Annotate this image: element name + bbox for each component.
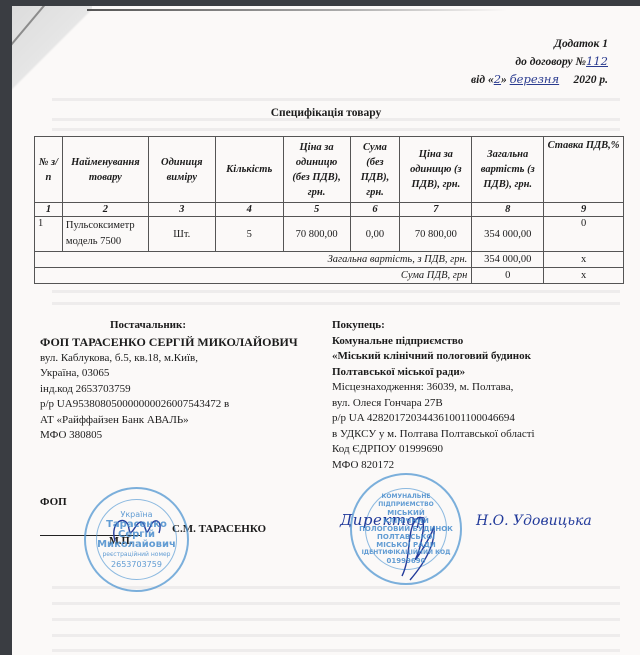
supplier-address: вул. Каблукова, б.5, кв.18, м.Київ, [40,351,330,367]
stamp-text: КОМУНАЛЬНЕ ПІДПРИЄМСТВО МІСЬКИЙ КЛІНІЧНИ… [359,493,453,565]
buyer-address: Місцезнаходження: 36039, м. Полтава, [332,380,632,396]
total-rate: х [544,252,624,268]
supplier-country: Україна, 03065 [40,366,330,382]
stamp-line: Миколайович [97,540,176,550]
page-title: Специфікація товару [12,107,640,119]
column-number: 1 [35,203,63,217]
column-header: № з/п [35,137,63,203]
bleed-through-line [52,302,620,305]
vat-rate: 0 [544,217,624,252]
column-number-row: 1 2 3 4 5 6 7 8 9 [35,203,624,217]
total-value: 354 000,00 [472,252,544,268]
buyer-mfo: МФО 820172 [332,458,632,474]
buyer-treasury: в УДКСУ у м. Полтава Полтавської області [332,427,632,443]
buyer-street: вул. Олеся Гончара 27В [332,396,632,412]
unit: Шт. [148,217,215,252]
supplier-signature-title: ФОП [40,496,67,508]
buyer-account: р/р UA 428201720344361001100046694 [332,411,632,427]
price-without-vat: 70 800,00 [283,217,350,252]
vat-sum-rate: х [544,268,624,284]
column-header: Загальна вартість (з ПДВ), грн. [472,137,544,203]
total-row: Загальна вартість, з ПДВ, грн. 354 000,0… [35,252,624,268]
buyer-heading: Покупець: [332,318,632,334]
column-number: 7 [400,203,472,217]
column-number: 6 [350,203,400,217]
bleed-through-line [52,290,620,293]
column-number: 5 [283,203,350,217]
bleed-through-line [52,98,620,101]
supplier-heading: Постачальник: [40,318,330,334]
vat-sum-row: Сума ПДВ, грн 0 х [35,268,624,284]
bleed-through-line [52,618,620,621]
vat-sum-label: Сума ПДВ, грн [35,268,472,284]
stamp-line: реєстраційний номер [97,550,176,560]
table-header-row: № з/п Найменування товару Одиниця виміру… [35,137,624,203]
column-number: 4 [215,203,283,217]
appendix-label: Додаток 1 [471,36,608,53]
page-top-edge-shadow [87,9,507,11]
column-header: Одиниця виміру [148,137,215,203]
stamp-line: КОМУНАЛЬНЕ [359,493,453,501]
scan-viewer-background: Додаток 1 до договору №112 від «2» берез… [0,0,640,655]
handwritten-director-name: Н.О. Удовицька [476,513,592,529]
document-page: Додаток 1 до договору №112 від «2» берез… [12,6,640,655]
buyer-edrpou: Код ЄДРПОУ 01999690 [332,442,632,458]
stamp-line: Тарасенко [97,520,176,530]
supplier-bank: АТ «Райффайзен Банк АВАЛЬ» [40,413,330,429]
column-header: Найменування товару [62,137,148,203]
contract-number-handwritten: 112 [586,54,608,68]
stamp-line: КЛІНІЧНИЙ [359,517,453,525]
row-number: 1 [35,217,63,252]
buyer-name-line: «Міський клінічний пологовий будинок [332,349,632,365]
folded-page-corner [12,6,92,96]
buyer-name-line: Комунальне підприємство [332,334,632,350]
column-header: Сума (без ПДВ), грн. [350,137,400,203]
appendix-header: Додаток 1 до договору №112 від «2» берез… [471,36,608,89]
bleed-through-line [52,602,620,605]
total-label: Загальна вартість, з ПДВ, грн. [35,252,472,268]
sum-without-vat: 0,00 [350,217,400,252]
column-header: Кількість [215,137,283,203]
supplier-name: ФОП ТАРАСЕНКО СЕРГІЙ МИКОЛАЙОВИЧ [40,334,330,351]
product-name: Пульсоксиметр модель 7500 [62,217,148,252]
bleed-through-line [52,634,620,637]
supplier-block: Постачальник: ФОП ТАРАСЕНКО СЕРГІЙ МИКОЛ… [40,318,330,444]
stamp-line: МІСЬКИЙ [359,509,453,517]
column-header: Ставка ПДВ,% [544,137,624,203]
buyer-block: Покупець: Комунальне підприємство «Міськ… [332,318,632,473]
specification-table: № з/п Найменування товару Одиниця виміру… [34,136,624,284]
date-day-handwritten: 2 [494,72,501,86]
bleed-through-line [52,128,620,131]
stamp-line: 2653703759 [97,560,176,570]
stamp-text: Україна Тарасенко Сергій Миколайович реє… [97,510,176,570]
buyer-name-line: Полтавської міської ради» [332,365,632,381]
column-number: 2 [62,203,148,217]
supplier-account: р/р UA953808050000000026007543472 в [40,397,330,413]
contract-reference: до договору №112 [471,53,608,71]
stamp-line: ПОЛТАВСЬКОЇ [359,533,453,541]
supplier-tax-id: інд.код 2653703759 [40,382,330,398]
stamp-line: МІСЬКОЇ РАДИ [359,541,453,549]
supplier-stamp-icon: Україна Тарасенко Сергій Миколайович реє… [84,487,189,592]
price-with-vat: 70 800,00 [400,217,472,252]
stamp-line: ІДЕНТИФІКАЦІЙНИЙ КОД [359,549,453,557]
stamp-line: 01999690 [359,557,453,565]
column-number: 9 [544,203,624,217]
supplier-mfo: МФО 380805 [40,428,330,444]
contract-date: від «2» березня 2020 р. [471,71,608,89]
stamp-line: ПІДПРИЄМСТВО [359,501,453,509]
stamp-line: Україна [97,510,176,520]
column-header: Ціна за одиницю (без ПДВ), грн. [283,137,350,203]
stamp-line: ПОЛОГОВИЙ БУДИНОК [359,525,453,533]
table-row: 1 Пульсоксиметр модель 7500 Шт. 5 70 800… [35,217,624,252]
total-with-vat: 354 000,00 [472,217,544,252]
bleed-through-line [52,649,620,652]
column-header: Ціна за одиницю (з ПДВ), грн. [400,137,472,203]
column-number: 8 [472,203,544,217]
date-month-handwritten: березня [510,72,559,86]
stamp-line: Сергій [97,530,176,540]
column-number: 3 [148,203,215,217]
vat-sum-value: 0 [472,268,544,284]
quantity: 5 [215,217,283,252]
